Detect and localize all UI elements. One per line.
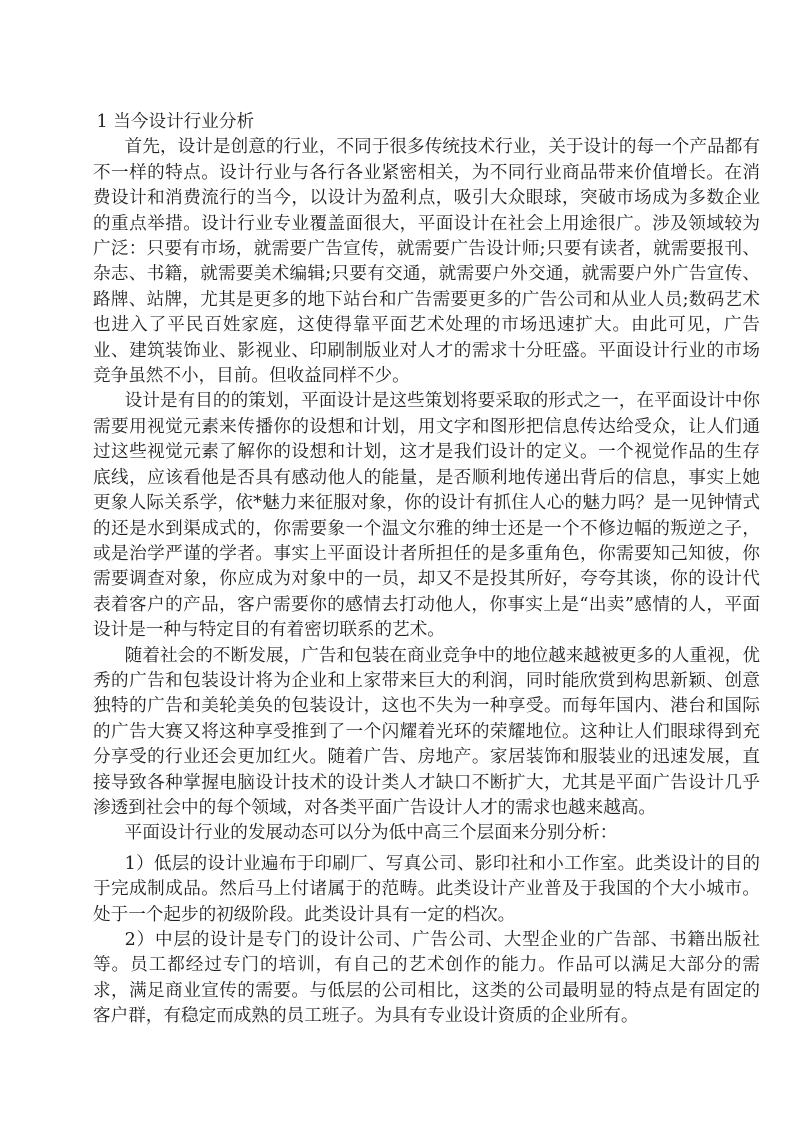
paragraph-industry-intro: 首先，设计是创意的行业，不同于很多传统技术行业，关于设计的每一个产品都有不一样的…: [93, 135, 760, 389]
document-content: 1 当今设计行业分析 首先，设计是创意的行业，不同于很多传统技术行业，关于设计的…: [93, 110, 760, 1030]
section-heading: 1 当今设计行业分析: [93, 110, 760, 135]
paragraph-three-levels-lead: 平面设计行业的发展动态可以分为低中高三个层面来分别分析：: [93, 821, 760, 846]
paragraph-level-middle: 2）中层的设计是专门的设计公司、广告公司、大型企业的广告部、书籍出版社等。员工都…: [93, 928, 760, 1030]
document-page: 1 当今设计行业分析 首先，设计是创意的行业，不同于很多传统技术行业，关于设计的…: [0, 0, 793, 1122]
paragraph-social-development: 随着社会的不断发展，广告和包装在商业竞争中的地位越来越被更多的人重视，优秀的广告…: [93, 644, 760, 822]
paragraph-design-definition: 设计是有目的的策划，平面设计是这些策划将要采取的形式之一，在平面设计中你需要用视…: [93, 389, 760, 643]
paragraph-level-low: 1）低层的设计业遍布于印刷厂、写真公司、影印社和小工作室。此类设计的目的于完成制…: [93, 852, 760, 928]
